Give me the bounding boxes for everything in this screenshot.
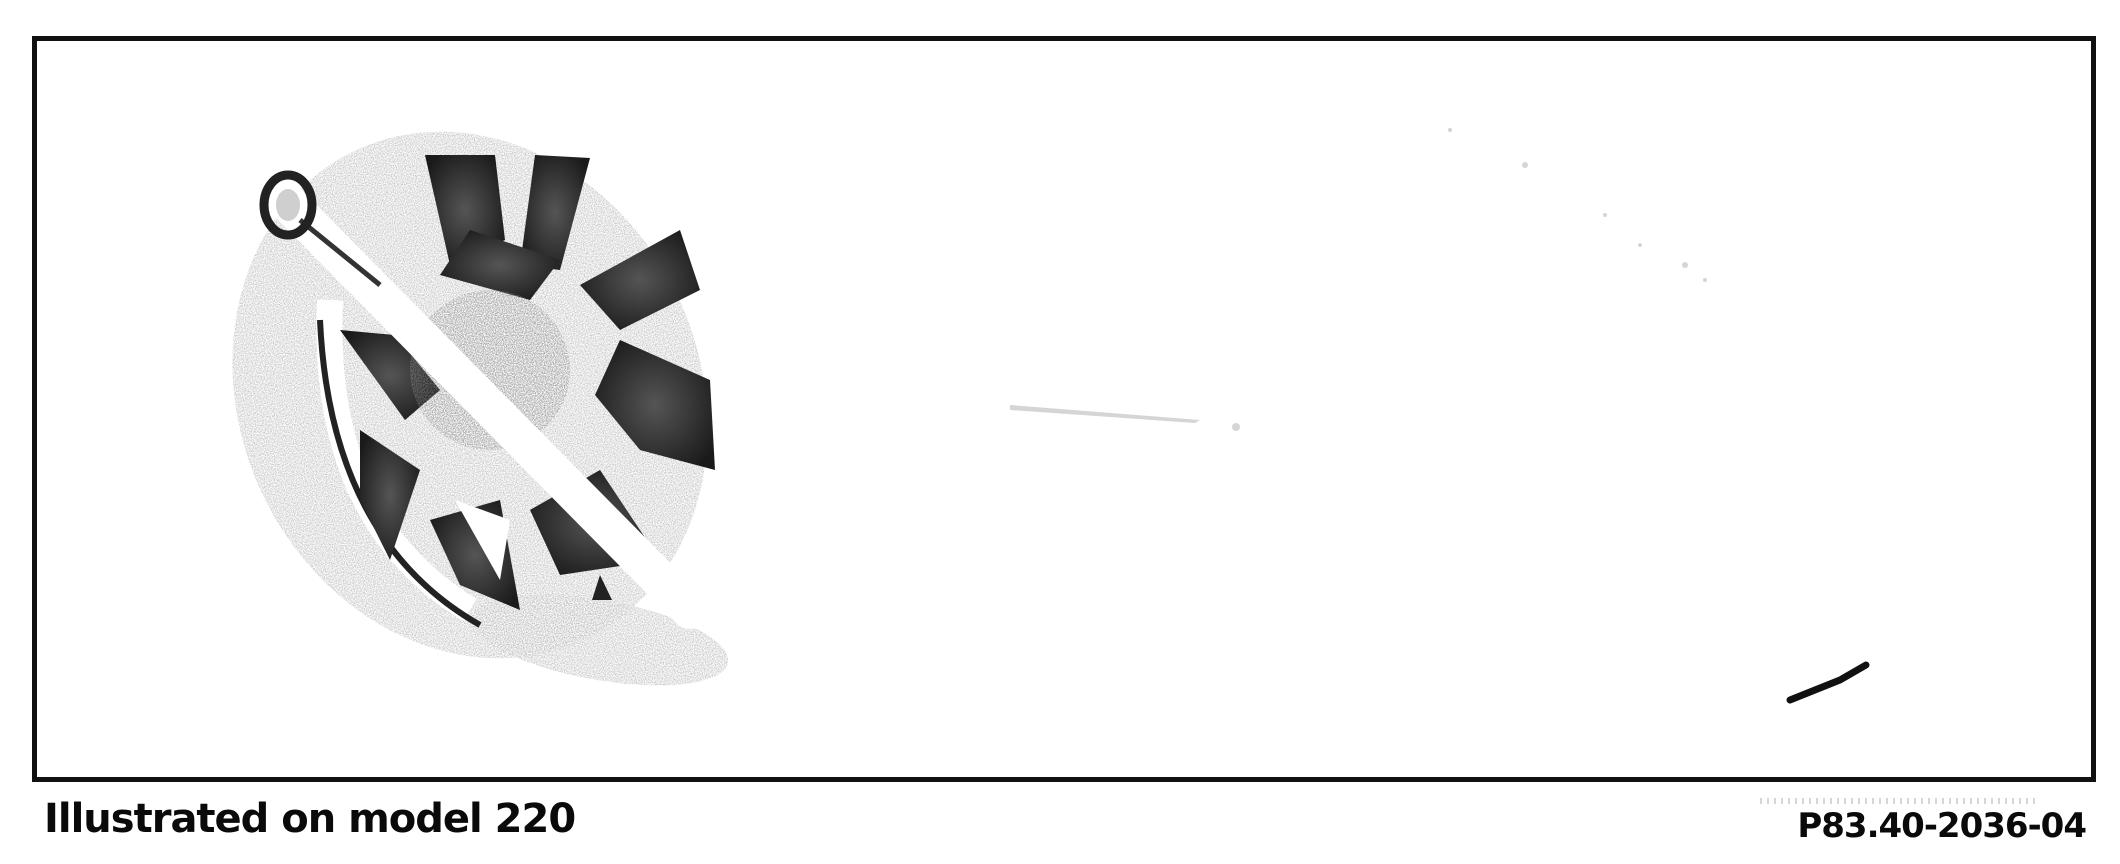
pointer-line xyxy=(1790,665,1866,700)
cooling-fan-icon xyxy=(147,53,792,737)
scan-noise xyxy=(1760,798,2040,804)
figure-caption: Illustrated on model 220 xyxy=(44,796,575,842)
illustration-canvas xyxy=(0,0,2120,864)
scan-artifact xyxy=(1010,128,1707,431)
figure-reference-number: P83.40-2036-04 xyxy=(1797,806,2086,846)
